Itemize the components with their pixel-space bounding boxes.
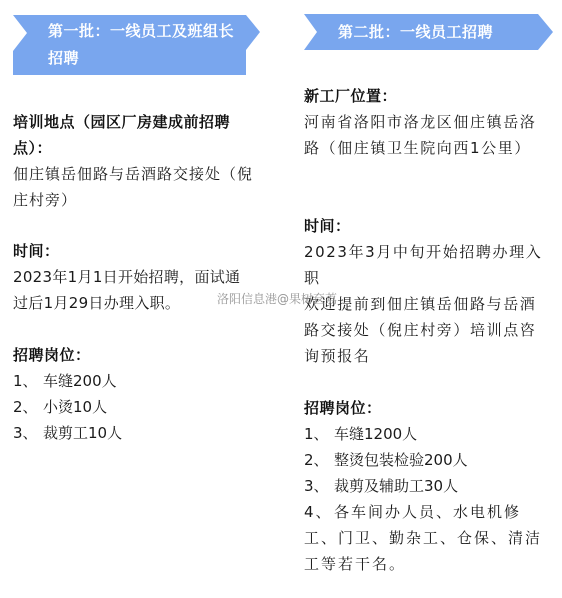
position-number: 2、 <box>13 394 43 420</box>
batch2-time-heading: 时间： <box>304 213 544 239</box>
batch1-time-heading: 时间： <box>13 238 253 264</box>
watermark: 洛阳信息港@果树奁荔 <box>217 290 337 307</box>
position-item: 2、整烫包装检验200人 <box>304 447 544 473</box>
batch2-time: 时间： 2023年3月中旬开始招聘办理入职 欢迎提前到佃庄镇岳佃路与岳酒路交接处… <box>304 213 544 369</box>
position-text: 小烫10人 <box>43 398 107 416</box>
position-number: 4、 <box>304 499 334 525</box>
batch1-banner-title: 第一批：一线员工及班组长招聘 <box>48 18 238 72</box>
batch2-banner-title: 第二批：一线员工招聘 <box>338 19 493 45</box>
batch1-training-location: 培训地点（园区厂房建成前招聘点）： 佃庄镇岳佃路与岳酒路交接处（倪庄村旁） <box>13 109 253 213</box>
position-text: 各车间办人员、水电机修工、门卫、勤杂工、仓保、清洁工等若干名。 <box>304 503 542 573</box>
batch2-positions: 招聘岗位： 1、车缝1200人 2、整烫包装检验200人 3、裁剪及辅助工30人… <box>304 395 544 577</box>
position-item: 4、各车间办人员、水电机修工、门卫、勤杂工、仓保、清洁工等若干名。 <box>304 499 544 577</box>
batch1-positions-heading: 招聘岗位： <box>13 342 263 368</box>
position-text: 裁剪工10人 <box>43 424 122 442</box>
position-text: 裁剪及辅助工30人 <box>334 477 458 495</box>
position-item: 1、车缝200人 <box>13 368 263 394</box>
batch2-location-heading: 新工厂位置： <box>304 83 544 109</box>
position-item: 2、小烫10人 <box>13 394 263 420</box>
position-text: 车缝1200人 <box>334 425 417 443</box>
batch2-location-text: 河南省洛阳市洛龙区佃庄镇岳洛路（佃庄镇卫生院向西1公里） <box>304 109 544 161</box>
batch2-time-text: 2023年3月中旬开始招聘办理入职 <box>304 239 544 291</box>
batch1-positions: 招聘岗位： 1、车缝200人 2、小烫10人 3、裁剪工10人 <box>13 342 263 446</box>
position-number: 3、 <box>13 420 43 446</box>
position-item: 3、裁剪及辅助工30人 <box>304 473 544 499</box>
training-location-text: 佃庄镇岳佃路与岳酒路交接处（倪庄村旁） <box>13 161 253 213</box>
batch2-time-note: 欢迎提前到佃庄镇岳佃路与岳酒路交接处（倪庄村旁）培训点咨询预报名 <box>304 291 544 369</box>
position-item: 3、裁剪工10人 <box>13 420 263 446</box>
position-number: 1、 <box>304 421 334 447</box>
position-number: 2、 <box>304 447 334 473</box>
position-text: 车缝200人 <box>43 372 117 390</box>
training-location-heading: 培训地点（园区厂房建成前招聘点）： <box>13 109 253 161</box>
position-number: 1、 <box>13 368 43 394</box>
position-item: 1、车缝1200人 <box>304 421 544 447</box>
position-text: 整烫包装检验200人 <box>334 451 468 469</box>
batch2-location: 新工厂位置： 河南省洛阳市洛龙区佃庄镇岳洛路（佃庄镇卫生院向西1公里） <box>304 83 544 161</box>
batch2-positions-heading: 招聘岗位： <box>304 395 544 421</box>
position-number: 3、 <box>304 473 334 499</box>
